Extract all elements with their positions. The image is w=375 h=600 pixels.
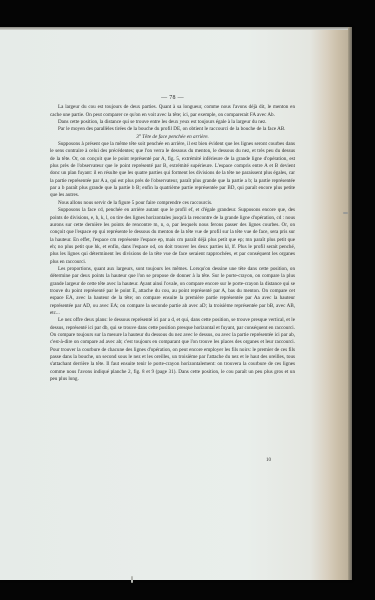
paragraph: Le nez offre deux plans: le dessous repr… [50,317,295,383]
paper-blemish [343,212,348,214]
paragraph: Les proportions, quant aux largeurs, son… [50,266,295,317]
paragraph: Par le moyen des parallèles tirées de la… [50,126,295,133]
paragraph: La largeur du cou est toujours de deux p… [50,104,295,119]
page-right-edge [348,27,352,580]
paragraph: Supposons la face cd, penchée en arrière… [50,207,295,266]
paragraph: Supposons à présent que la même tête soi… [50,141,295,200]
paper-blemish [131,576,133,583]
book-page: — 78 — La largeur du cou est toujours de… [0,27,352,580]
page-number: — 78 — [50,95,295,102]
page-top-edge [0,27,352,30]
signature-mark: 10 [266,458,271,463]
text-block: — 78 — La largeur du cou est toujours de… [50,95,295,383]
section-heading: 3° Tête de face penchée en arrière. [50,134,295,141]
